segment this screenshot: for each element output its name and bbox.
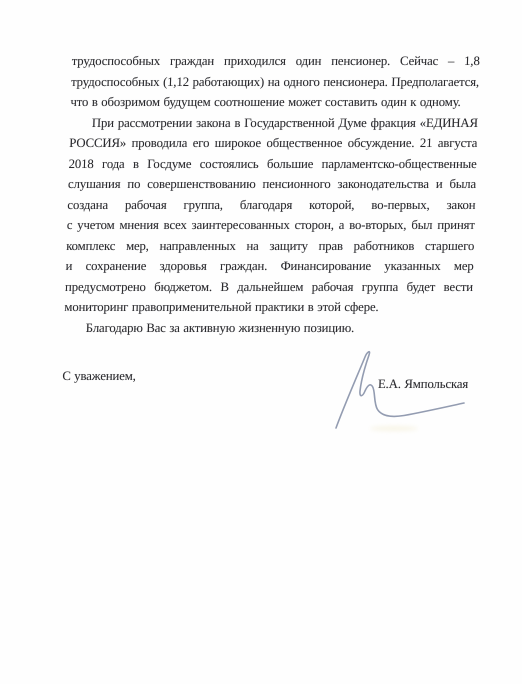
text-line: РОССИЯ» проводила его широкое общественн…: [69, 133, 478, 154]
text-line: с учетом мнения всех заинтересованных ст…: [67, 215, 476, 236]
text-line: комплекс мер, направленных на защиту пра…: [66, 236, 475, 257]
text-line: трудоспособных граждан приходился один п…: [71, 51, 480, 72]
text-line: создана рабочая группа, благодаря которо…: [67, 195, 476, 216]
text-line: и сохранение здоровья граждан. Финансиро…: [65, 256, 474, 277]
text-line: мониторинг правоприменительной практики …: [64, 297, 473, 318]
text-line: слушания по совершенствованию пенсионног…: [68, 174, 477, 195]
scan-smudge: [370, 426, 418, 431]
closing-row: С уважением, Е.А. Ямпольская: [61, 366, 470, 412]
letter-page: трудоспособных граждан приходился один п…: [0, 0, 522, 684]
text-line: При рассмотрении закона в Государственно…: [70, 113, 479, 134]
signer-name: Е.А. Ямпольская: [378, 374, 471, 394]
letter-body: трудоспособных граждан приходился один п…: [61, 51, 480, 412]
text-line: 2018 года в Госдуме состоялись большие п…: [68, 154, 477, 175]
closing-salutation: С уважением,: [62, 366, 136, 386]
text-line: предусмотрено бюджетом. В дальнейшем раб…: [65, 277, 474, 298]
text-line: что в обозримом будущем соотношение може…: [70, 92, 479, 113]
text-line: трудоспособных (1,12 работающих) на одно…: [71, 72, 480, 93]
text-line: Благодарю Вас за активную жизненную пози…: [63, 318, 472, 339]
